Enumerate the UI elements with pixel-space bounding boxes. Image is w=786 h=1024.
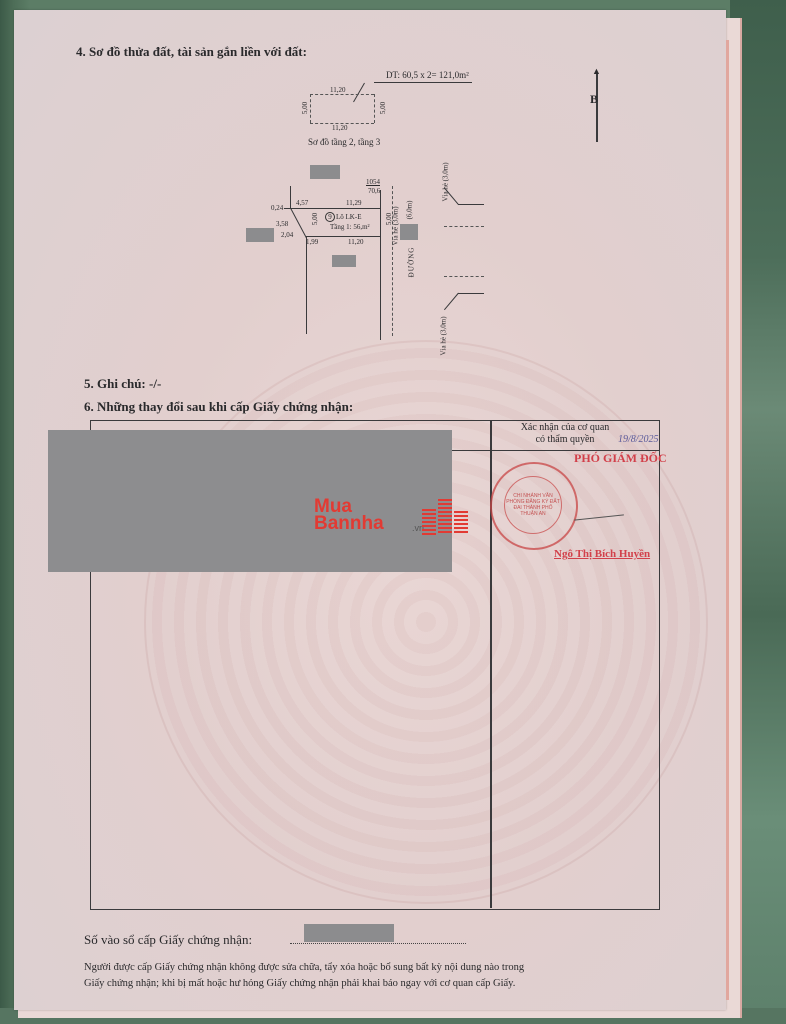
road-edge-line <box>380 190 381 340</box>
plan-top-edge <box>310 94 374 95</box>
signer-title: PHÓ GIÁM ĐỐC <box>574 451 667 466</box>
redacted-block <box>246 228 274 242</box>
curb-top-dashed <box>444 226 484 227</box>
parcel-number: 1054 <box>366 178 380 186</box>
redacted-block <box>332 255 356 267</box>
footer-note-line2: Giấy chứng nhận; khi bị mất hoặc hư hỏng… <box>84 978 515 989</box>
redacted-block <box>400 224 418 240</box>
registry-label: Số vào sổ cấp Giấy chứng nhận: <box>84 932 252 948</box>
section6-title: 6. Những thay đổi sau khi cấp Giấy chứng… <box>84 399 353 415</box>
curb-bottom-line-2 <box>444 293 459 310</box>
logo-line2: Bannha <box>314 514 384 533</box>
lot-label: Lô LK-E <box>336 213 361 221</box>
redacted-registry-number <box>304 924 394 942</box>
registry-dotted-line <box>290 943 466 944</box>
dim-top-left: 4,57 <box>296 199 308 207</box>
footer-note-line1: Người được cấp Giấy chứng nhận không đượ… <box>84 962 524 973</box>
building-icon <box>438 499 452 535</box>
muabannha-watermark-logo: Mua Bannha .vn <box>314 497 474 537</box>
dim-0-24: 0,24 <box>271 204 283 212</box>
confirm-header-line1: Xác nhận của cơ quan <box>510 422 620 433</box>
sidewalk-bottom-label: Vỉa hè (3,0m) <box>440 316 448 355</box>
road-width-label: (6,0m) <box>405 201 413 220</box>
official-stamp: CHI NHÁNH VĂN PHÒNG ĐĂNG KÝ ĐẤT ĐAI THÀN… <box>490 462 578 550</box>
road-name-label: ĐƯỜNG <box>407 247 415 278</box>
section5-title: 5. Ghi chú: -/- <box>84 376 161 392</box>
north-arrow-line <box>596 72 598 142</box>
building-icon <box>454 511 468 535</box>
building-icon <box>422 509 436 535</box>
area-note-leader <box>353 83 365 103</box>
dim-bottom: 11,20 <box>348 238 364 246</box>
parcel-area: 70,6 <box>368 187 380 195</box>
dim-1-99: 1,99 <box>306 238 318 246</box>
plan-caption: Sơ đồ tầng 2, tầng 3 <box>308 137 380 147</box>
parcel-bottom-boundary <box>306 236 380 237</box>
section4-title: 4. Sơ đồ thửa đất, tài sản gắn liền với … <box>76 44 307 60</box>
parcel-top-boundary <box>284 208 380 209</box>
parcel-left-upper-boundary <box>290 186 291 208</box>
dim-top: 11,29 <box>346 199 362 207</box>
redacted-block <box>310 165 340 179</box>
curb-top-line-2 <box>458 204 484 205</box>
north-arrow-head-icon: ▲ <box>592 66 601 76</box>
stamp-text: CHI NHÁNH VĂN PHÒNG ĐĂNG KÝ ĐẤT ĐAI THÀN… <box>504 476 562 534</box>
parcel-left-lower-boundary <box>306 236 307 334</box>
area-note-underline <box>374 82 472 83</box>
plan-top-length: 11,20 <box>330 86 346 94</box>
curb-bottom-dashed <box>444 276 484 277</box>
dim-3-58: 3,58 <box>276 220 288 228</box>
plan-bottom-length: 11,20 <box>332 124 348 132</box>
floor1-note: Tầng 1: 56,m² <box>330 223 370 231</box>
plan-right-width: 5,00 <box>379 102 387 114</box>
area-note: DT: 60,5 x 2= 121,0m² <box>386 70 469 80</box>
dim-left-height: 5,00 <box>311 213 319 225</box>
dim-2-04: 2,04 <box>281 231 293 239</box>
signer-name: Ngô Thị Bích Huyền <box>554 548 650 560</box>
curb-bottom-line <box>458 293 484 294</box>
confirm-header-line2: có thẩm quyền <box>510 434 620 445</box>
sidewalk-top-label: Vỉa hè (3,0m) <box>442 162 450 201</box>
plan-left-edge <box>310 94 311 123</box>
sidewalk-left-label: Vỉa hè (3,0m) <box>392 206 400 245</box>
north-arrow-label: B <box>590 92 598 107</box>
plan-left-width: 5,00 <box>301 102 309 114</box>
plan-right-edge <box>374 94 375 123</box>
page-edge-strip <box>726 40 729 1000</box>
lot-marker: 9 <box>325 212 335 222</box>
handwritten-date: 19/8/2025 <box>618 434 659 445</box>
